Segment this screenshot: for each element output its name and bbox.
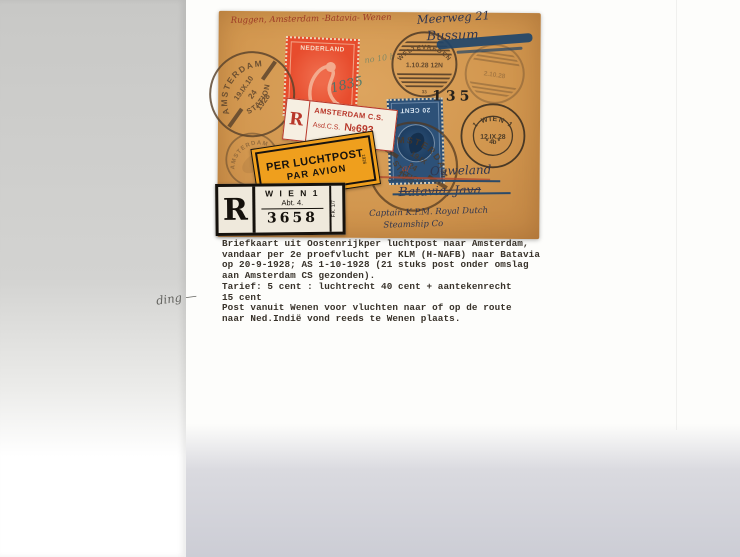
addressee-name: Ouweland — [430, 163, 492, 179]
label-office: W I E N 1 — [255, 188, 329, 199]
background-bottom-shade — [186, 424, 740, 557]
registration-label-wien: R W I E N 1 Abt. 4. 3658 F.K. 1/7 — [215, 183, 346, 236]
forward-address-line1: Captain K.P.M. Royal Dutch — [369, 206, 488, 219]
label-number: 3658 — [255, 210, 329, 227]
page-edge-line — [676, 0, 677, 430]
label-side-code: F.K. 1/7 — [331, 200, 337, 217]
album-photo: Ruggen, Amsterdam -Batavia- Wenen Meerwe… — [0, 0, 740, 557]
description-line: Tarief: 5 cent : luchtrecht 40 cent + aa… — [222, 282, 558, 293]
label-code: Asd.C.S. — [312, 122, 340, 132]
postmark-date: 1.10.28 12N — [406, 62, 443, 69]
address-prefix: a/ — [402, 164, 411, 174]
addressee-street: Meerweg 21 — [416, 8, 490, 27]
label-dept: Abt. 4. — [255, 198, 329, 208]
forward-address-line2: Steamship Co — [383, 219, 443, 231]
label-side-strip: F.K. 1/7 — [329, 186, 342, 232]
description-line: naar Ned.Indië vond reeds te Wenen plaat… — [222, 314, 558, 325]
crossed-destination: Batavia, Java — [398, 182, 481, 199]
background-left-strip — [0, 0, 186, 557]
typed-description: Briefkaart uit Oostenrijkper luchtpost n… — [222, 239, 558, 325]
svg-text:1 WIEN 1: 1 WIEN 1 — [472, 116, 514, 130]
registration-r: R — [218, 187, 255, 233]
airmail-year: 1926 — [361, 154, 367, 165]
postmark-date: 2.10.28 — [483, 70, 506, 80]
postcard: Ruggen, Amsterdam -Batavia- Wenen Meerwe… — [217, 11, 541, 239]
postmark-index: 33 — [422, 89, 428, 94]
postmark-town: 1 WIEN 1 — [472, 116, 514, 130]
stamp-country-label: NEDERLAND — [291, 44, 353, 54]
